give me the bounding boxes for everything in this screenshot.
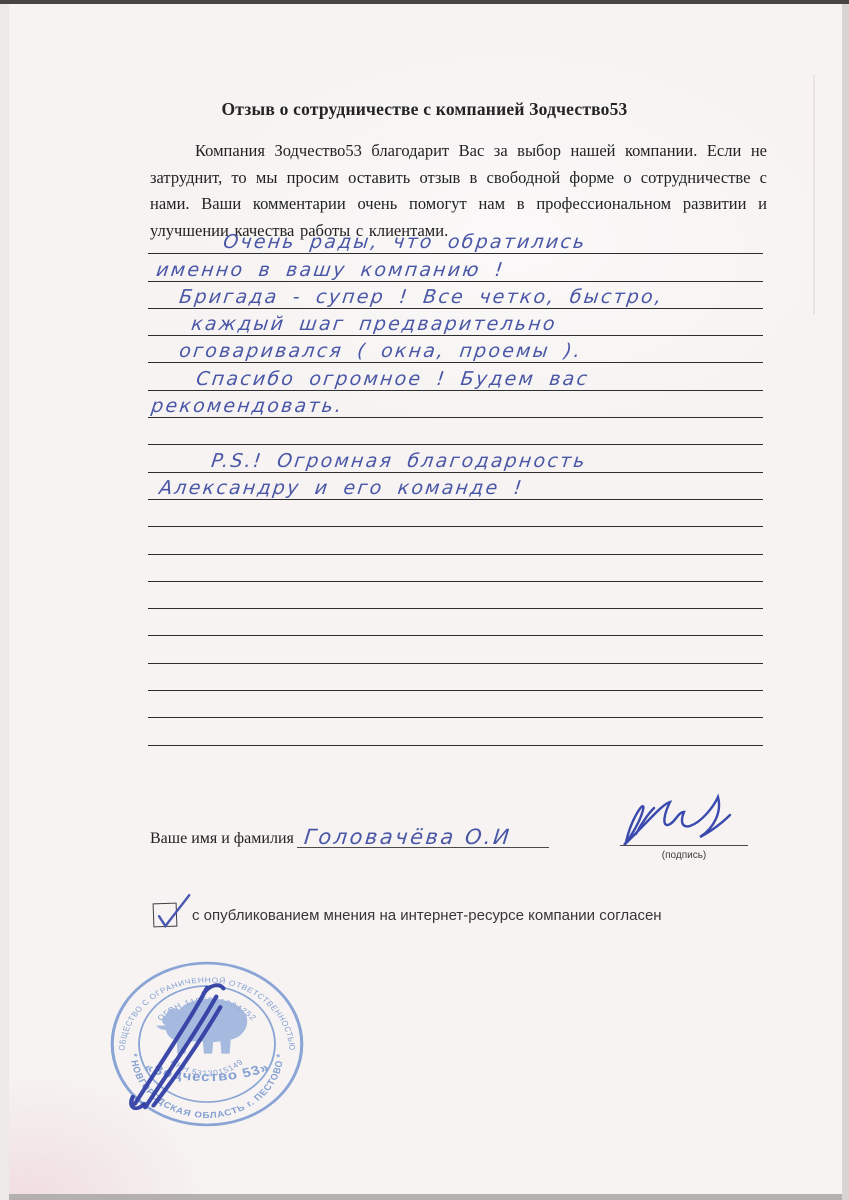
handwritten-review-line: оговаривался ( окна, проемы ). xyxy=(178,340,583,362)
ruled-line: каждый шаг предварительно xyxy=(148,309,763,336)
consent-label: с опубликованием мнения на интернет-ресу… xyxy=(192,907,662,924)
ruled-line: Александру и его команде ! xyxy=(148,473,763,500)
ruled-line: P.S.! Огромная благодарность xyxy=(148,445,763,472)
ruled-line: оговаривался ( окна, проемы ). xyxy=(148,336,763,363)
ruled-line xyxy=(148,691,763,718)
name-label: Ваше имя и фамилия xyxy=(150,830,294,848)
handwritten-review-line: Александру и его команде ! xyxy=(158,477,525,499)
signature-block: (подпись) xyxy=(612,790,752,865)
page-title: Отзыв о сотрудничестве с компанией Зодче… xyxy=(0,99,849,120)
ruled-line: Бригада - супер ! Все четко, быстро, xyxy=(148,282,763,309)
ruled-line xyxy=(148,527,763,554)
ruled-line xyxy=(148,718,763,745)
handwritten-review-line: Очень рады, что обратились xyxy=(222,231,588,253)
ruled-line xyxy=(148,636,763,663)
handwritten-review-line: Бригада - супер ! Все четко, быстро, xyxy=(178,286,665,308)
name-handwritten-value: Головачёва О.И xyxy=(303,825,513,849)
handwritten-review-line: каждый шаг предварительно xyxy=(190,313,558,335)
handwritten-review-line: Спасибо огромное ! Будем вас xyxy=(195,368,591,390)
ruled-line: Очень рады, что обратились xyxy=(148,227,763,254)
handwritten-review-line: P.S.! Огромная благодарность xyxy=(210,450,588,472)
ruled-line xyxy=(148,582,763,609)
ruled-line xyxy=(148,609,763,636)
ruled-line: Спасибо огромное ! Будем вас xyxy=(148,363,763,390)
signature-scribble xyxy=(612,790,752,852)
checkmark-icon xyxy=(151,889,196,933)
ruled-line xyxy=(148,500,763,527)
handwritten-review-line: рекомендовать. xyxy=(150,395,345,417)
company-stamp: ОБЩЕСТВО С ОГРАНИЧЕННОЙ ОТВЕТСТВЕННОСТЬЮ… xyxy=(104,956,310,1132)
ruled-line: именно в вашу компанию ! xyxy=(148,254,763,281)
review-lines-area: Очень рады, что обратилисьименно в вашу … xyxy=(148,227,763,746)
ruled-line xyxy=(148,664,763,691)
ruled-line: рекомендовать. xyxy=(148,391,763,418)
signature-caption: (подпись) xyxy=(620,850,748,861)
ruled-line xyxy=(148,555,763,582)
ruled-line xyxy=(148,418,763,445)
consent-checkbox xyxy=(153,903,178,928)
handwritten-review-line: именно в вашу компанию ! xyxy=(155,259,506,281)
scanned-document-page: Отзыв о сотрудничестве с компанией Зодче… xyxy=(0,0,849,1200)
name-field-line: Головачёва О.И xyxy=(297,818,549,848)
signature-field-line xyxy=(620,845,748,846)
